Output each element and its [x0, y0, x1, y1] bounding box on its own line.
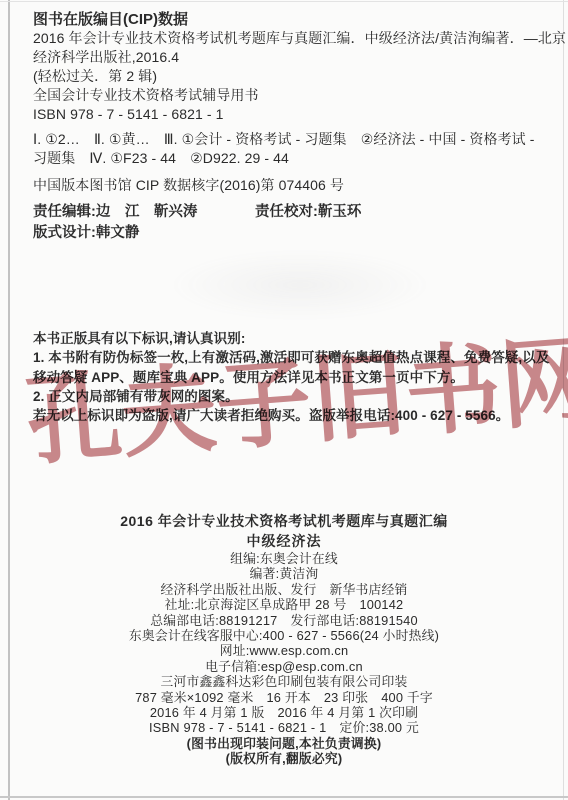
staff-row: 责任编辑:边 江 靳兴涛 责任校对:靳玉环 [33, 202, 197, 223]
colophon-block: 2016 年会计专业技术资格考试机考题库与真题汇编 中级经济法 组编:东奥会计在… [0, 511, 568, 767]
staff-row: 版式设计:韩文静 [33, 223, 197, 244]
notice-line: 若无以上标识即为盗版,请广大读者拒绝购买。盗版举报电话:400 - 627 - … [33, 406, 549, 425]
book-title: 2016 年会计专业技术资格考试机考题库与真题汇编 [0, 511, 568, 531]
notice-line: 2. 正文内局部铺有带灰网的图案。 [33, 387, 549, 406]
service-hotline-line: 东奥会计在线客服中心:400 - 627 - 5566(24 小时热线) [0, 628, 568, 643]
website-line: 网址:www.esp.com.cn [0, 643, 568, 658]
book-copyright-page: 图书在版编目(CIP)数据 2016 年会计专业技术资格考试机考题库与真题汇编．… [0, 0, 568, 800]
notice-line: 本书正版具有以下标识,请认真识别: [33, 329, 549, 348]
cip-classification-line: 习题集 Ⅳ. ①F23 - 44 ②D922. 29 - 44 [33, 149, 568, 168]
author-line: 编著:黄洁洵 [0, 566, 568, 581]
printer-line: 三河市鑫鑫科达彩色印刷包装有限公司印装 [0, 674, 568, 689]
book-subtitle: 中级经济法 [0, 531, 568, 551]
format-line: 787 毫米×1092 毫米 16 开本 23 印张 400 千字 [0, 690, 568, 705]
isbn-line: ISBN 978 - 7 - 5141 - 6821 - 1 [33, 105, 568, 124]
anti-piracy-notice: 本书正版具有以下标识,请认真识别: 1. 本书附有防伪标签一枚,上有激活码,激活… [33, 329, 549, 425]
cip-classification-line: Ⅰ. ①2… Ⅱ. ①黄… Ⅲ. ①会计 - 资格考试 - 习题集 ②经济法 -… [33, 130, 568, 149]
cip-data-block: 图书在版编目(CIP)数据 2016 年会计专业技术资格考试机考题库与真题汇编．… [33, 10, 568, 195]
cip-registration-line: 中国版本图书馆 CIP 数据核字(2016)第 074406 号 [33, 176, 568, 195]
cip-line: (轻松过关．第 2 辑) [33, 67, 568, 86]
scan-edge-bottom [0, 796, 568, 798]
edition-line: 2016 年 4 月第 1 版 2016 年 4 月第 1 次印刷 [0, 705, 568, 720]
staff-credits-block: 责任编辑:边 江 靳兴涛 责任校对:靳玉环 版式设计:韩文静 [33, 202, 197, 244]
cip-line: 全国会计专业技术资格考试辅导用书 [33, 86, 568, 105]
scan-edge-top [0, 1, 568, 2]
organizer-line: 组编:东奥会计在线 [0, 551, 568, 566]
layout-designer-label: 版式设计:韩文静 [33, 225, 139, 241]
address-line: 社址:北京海淀区阜成路甲 28 号 100142 [0, 597, 568, 612]
isbn-price-line: ISBN 978 - 7 - 5141 - 6821 - 1 定价:38.00 … [0, 720, 568, 735]
cip-line: 经济科学出版社,2016.4 [33, 48, 568, 67]
replacement-notice-line: (图书出现印装问题,本社负责调换) [0, 736, 568, 751]
responsible-proofreader-label: 责任校对:靳玉环 [255, 202, 361, 223]
page-bleedthrough-smudge [170, 250, 430, 320]
notice-line: 1. 本书附有防伪标签一枚,上有激活码,激活即可获赠东奥超值热点课程、免费答疑,… [33, 348, 549, 367]
phone-line: 总编部电话:88191217 发行部电话:88191540 [0, 613, 568, 628]
notice-line: 移动答疑 APP、题库宝典 APP。使用方法详见本书正文第一页中下方。 [33, 368, 549, 387]
copyright-notice-line: (版权所有,翻版必究) [0, 751, 568, 766]
cip-line: 2016 年会计专业技术资格考试机考题库与真题汇编．中级经济法/黄洁洵编著．—北… [33, 29, 568, 48]
cip-heading: 图书在版编目(CIP)数据 [33, 10, 568, 29]
responsible-editor-label: 责任编辑:边 江 靳兴涛 [33, 204, 197, 220]
email-line: 电子信箱:esp@esp.com.cn [0, 659, 568, 674]
publisher-line: 经济科学出版社出版、发行 新华书店经销 [0, 582, 568, 597]
